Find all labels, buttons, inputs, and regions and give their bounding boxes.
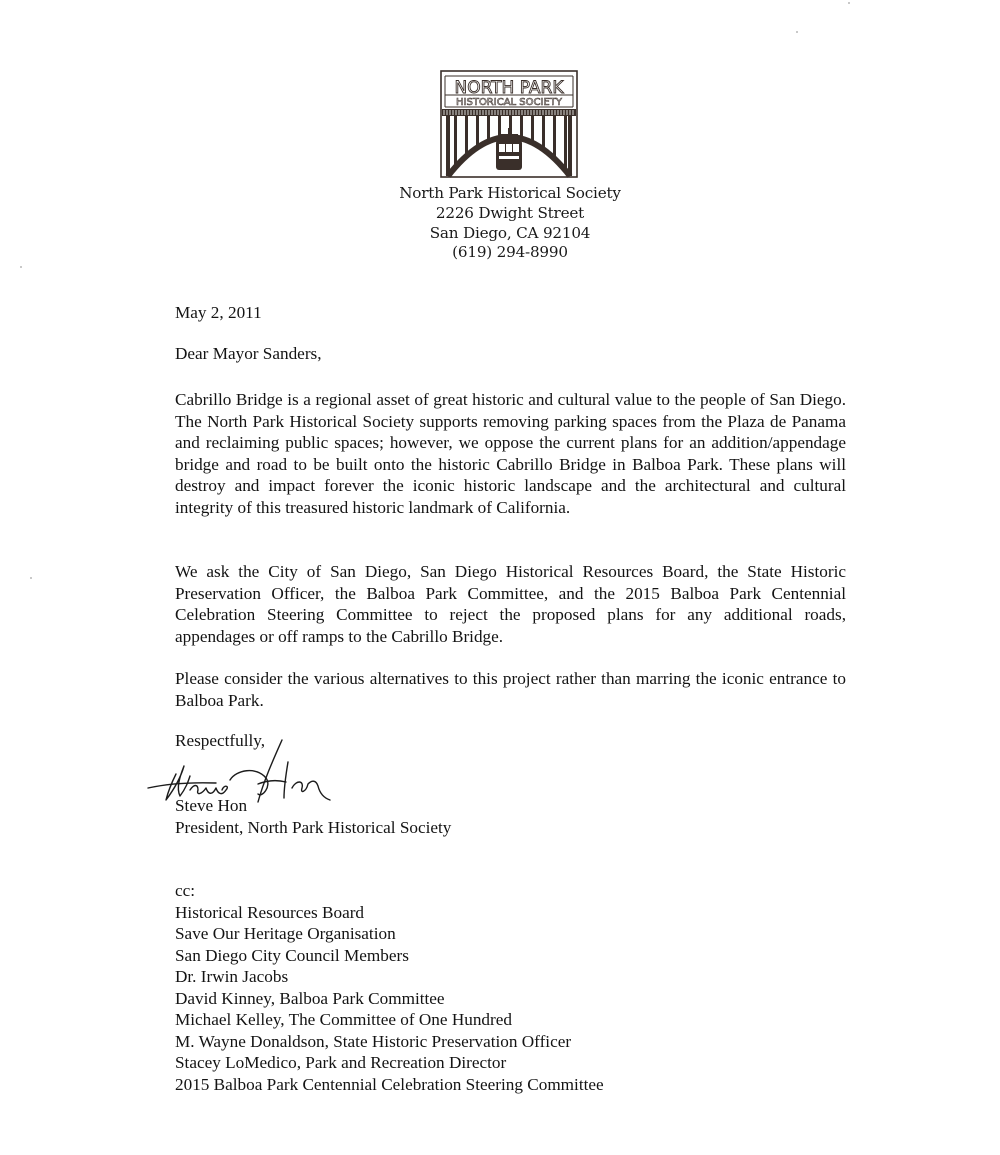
scan-speck — [30, 577, 32, 579]
scan-speck — [848, 2, 850, 4]
cc-recipient: Historical Resources Board — [175, 902, 604, 924]
cc-recipient: Dr. Irwin Jacobs — [175, 966, 604, 988]
cc-recipient: Save Our Heritage Organisation — [175, 923, 604, 945]
letter-page: NORTH PARK HISTORICAL SOCIETY — [0, 0, 1000, 1155]
cc-label: cc: — [175, 880, 604, 902]
signer-title: President, North Park Historical Society — [175, 817, 451, 839]
paragraph-3: Please consider the various alternatives… — [175, 668, 846, 711]
cc-list: cc: Historical Resources Board Save Our … — [175, 880, 604, 1095]
org-name: North Park Historical Society — [340, 184, 680, 204]
scan-speck — [20, 266, 22, 268]
signer-name: Steve Hon — [175, 795, 451, 817]
scan-speck — [796, 31, 798, 33]
letterhead-address: North Park Historical Society 2226 Dwigh… — [340, 184, 680, 263]
salutation: Dear Mayor Sanders, — [175, 344, 322, 364]
cc-recipient: M. Wayne Donaldson, State Historic Prese… — [175, 1031, 604, 1053]
cc-recipient: San Diego City Council Members — [175, 945, 604, 967]
city-state-zip: San Diego, CA 92104 — [340, 224, 680, 244]
cc-recipient: David Kinney, Balboa Park Committee — [175, 988, 604, 1010]
cc-recipient: 2015 Balboa Park Centennial Celebration … — [175, 1074, 604, 1096]
cc-recipient: Michael Kelley, The Committee of One Hun… — [175, 1009, 604, 1031]
phone-number: (619) 294-8990 — [340, 243, 680, 263]
svg-text:HISTORICAL SOCIETY: HISTORICAL SOCIETY — [456, 97, 563, 108]
svg-text:NORTH PARK: NORTH PARK — [455, 78, 565, 98]
north-park-logo-icon: NORTH PARK HISTORICAL SOCIETY — [440, 70, 578, 178]
letter-date: May 2, 2011 — [175, 303, 262, 323]
signer-block: Steve Hon President, North Park Historic… — [175, 795, 451, 838]
street-address: 2226 Dwight Street — [340, 204, 680, 224]
paragraph-2: We ask the City of San Diego, San Diego … — [175, 561, 846, 647]
paragraph-1: Cabrillo Bridge is a regional asset of g… — [175, 389, 846, 519]
cc-recipient: Stacey LoMedico, Park and Recreation Dir… — [175, 1052, 604, 1074]
